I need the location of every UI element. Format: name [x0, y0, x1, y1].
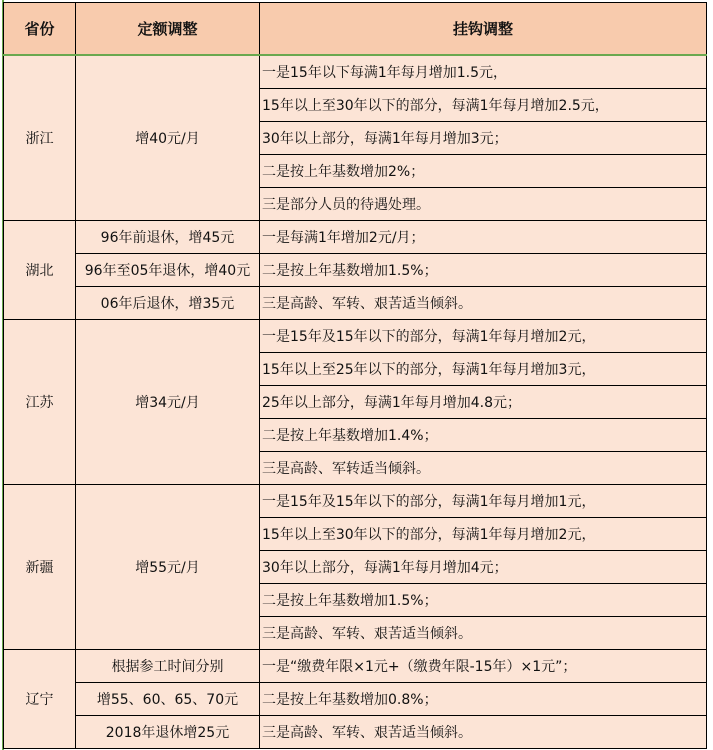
hook-cell[interactable]: 一是15年以下每满1年每月增加1.5元，: [260, 55, 707, 89]
table-row: 浙江 增40元/月 一是15年以下每满1年每月增加1.5元，: [4, 55, 707, 89]
hook-cell[interactable]: 15年以上至30年以下的部分，每满1年每月增加2元，: [260, 518, 707, 551]
table-row: 江苏 增34元/月 一是15年及15年以下的部分，每满1年每月增加2元，: [4, 320, 707, 353]
table-row: 2018年退休增25元 三是高龄、军转、艰苦适当倾斜。: [4, 716, 707, 749]
hook-cell[interactable]: 一是15年及15年以下的部分，每满1年每月增加2元，: [260, 320, 707, 353]
header-quota[interactable]: 定额调整: [76, 3, 260, 56]
province-cell[interactable]: 新疆: [4, 485, 76, 650]
hook-cell[interactable]: 三是高龄、军转、艰苦适当倾斜。: [260, 716, 707, 749]
hook-cell[interactable]: 30年以上部分，每满1年每月增加3元；: [260, 122, 707, 155]
quota-cell[interactable]: 2018年退休增25元: [76, 716, 260, 749]
hook-cell[interactable]: 三是部分人员的待遇处理。: [260, 188, 707, 221]
hook-cell[interactable]: 一是“缴费年限×1元+（缴费年限-15年）×1元”；: [260, 650, 707, 683]
table-row: 新疆 增55元/月 一是15年及15年以下的部分，每满1年每月增加1元，: [4, 485, 707, 518]
quota-cell[interactable]: 增34元/月: [76, 320, 260, 485]
spreadsheet: 省份 定额调整 挂钩调整 浙江 增40元/月 一是15年以下每满1年每月增加1.…: [3, 2, 707, 749]
hook-cell[interactable]: 二是按上年基数增加1.4%；: [260, 419, 707, 452]
header-row: 省份 定额调整 挂钩调整: [4, 3, 707, 56]
hook-cell[interactable]: 三是高龄、军转适当倾斜。: [260, 452, 707, 485]
table-row: 06年后退休，增35元 三是高龄、军转、艰苦适当倾斜。: [4, 287, 707, 320]
quota-cell[interactable]: 增55元/月: [76, 485, 260, 650]
table-row: 增55、60、65、70元 二是按上年基数增加0.8%；: [4, 683, 707, 716]
quota-cell[interactable]: 根据参工时间分别: [76, 650, 260, 683]
hook-cell[interactable]: 二是按上年基数增加1.5%；: [260, 584, 707, 617]
table-row: 96年至05年退休，增40元 二是按上年基数增加1.5%；: [4, 254, 707, 287]
hook-cell[interactable]: 25年以上部分，每满1年每月增加4.8元；: [260, 386, 707, 419]
province-cell[interactable]: 江苏: [4, 320, 76, 485]
province-cell[interactable]: 湖北: [4, 221, 76, 320]
quota-cell[interactable]: 96年前退休，增45元: [76, 221, 260, 254]
quota-cell[interactable]: 06年后退休，增35元: [76, 287, 260, 320]
hook-cell[interactable]: 二是按上年基数增加2%；: [260, 155, 707, 188]
hook-cell[interactable]: 15年以上至30年以下的部分，每满1年每月增加2.5元，: [260, 89, 707, 122]
quota-cell[interactable]: 增55、60、65、70元: [76, 683, 260, 716]
hook-cell[interactable]: 一是15年及15年以下的部分，每满1年每月增加1元，: [260, 485, 707, 518]
quota-cell[interactable]: 增40元/月: [76, 55, 260, 221]
quota-cell[interactable]: 96年至05年退休，增40元: [76, 254, 260, 287]
hook-cell[interactable]: 三是高龄、军转、艰苦适当倾斜。: [260, 287, 707, 320]
header-hook[interactable]: 挂钩调整: [260, 3, 707, 56]
hook-cell[interactable]: 二是按上年基数增加0.8%；: [260, 683, 707, 716]
header-province[interactable]: 省份: [4, 3, 76, 56]
hook-cell[interactable]: 三是高龄、军转、艰苦适当倾斜。: [260, 617, 707, 650]
table-row: 湖北 96年前退休，增45元 一是每满1年增加2元/月；: [4, 221, 707, 254]
pension-adjustment-table: 省份 定额调整 挂钩调整 浙江 增40元/月 一是15年以下每满1年每月增加1.…: [3, 2, 707, 749]
hook-cell[interactable]: 15年以上至25年以下的部分，每满1年每月增加3元，: [260, 353, 707, 386]
hook-cell[interactable]: 一是每满1年增加2元/月；: [260, 221, 707, 254]
hook-cell[interactable]: 二是按上年基数增加1.5%；: [260, 254, 707, 287]
province-cell[interactable]: 浙江: [4, 55, 76, 221]
province-cell[interactable]: 辽宁: [4, 650, 76, 749]
table-row: 辽宁 根据参工时间分别 一是“缴费年限×1元+（缴费年限-15年）×1元”；: [4, 650, 707, 683]
hook-cell[interactable]: 30年以上部分，每满1年每月增加4元；: [260, 551, 707, 584]
